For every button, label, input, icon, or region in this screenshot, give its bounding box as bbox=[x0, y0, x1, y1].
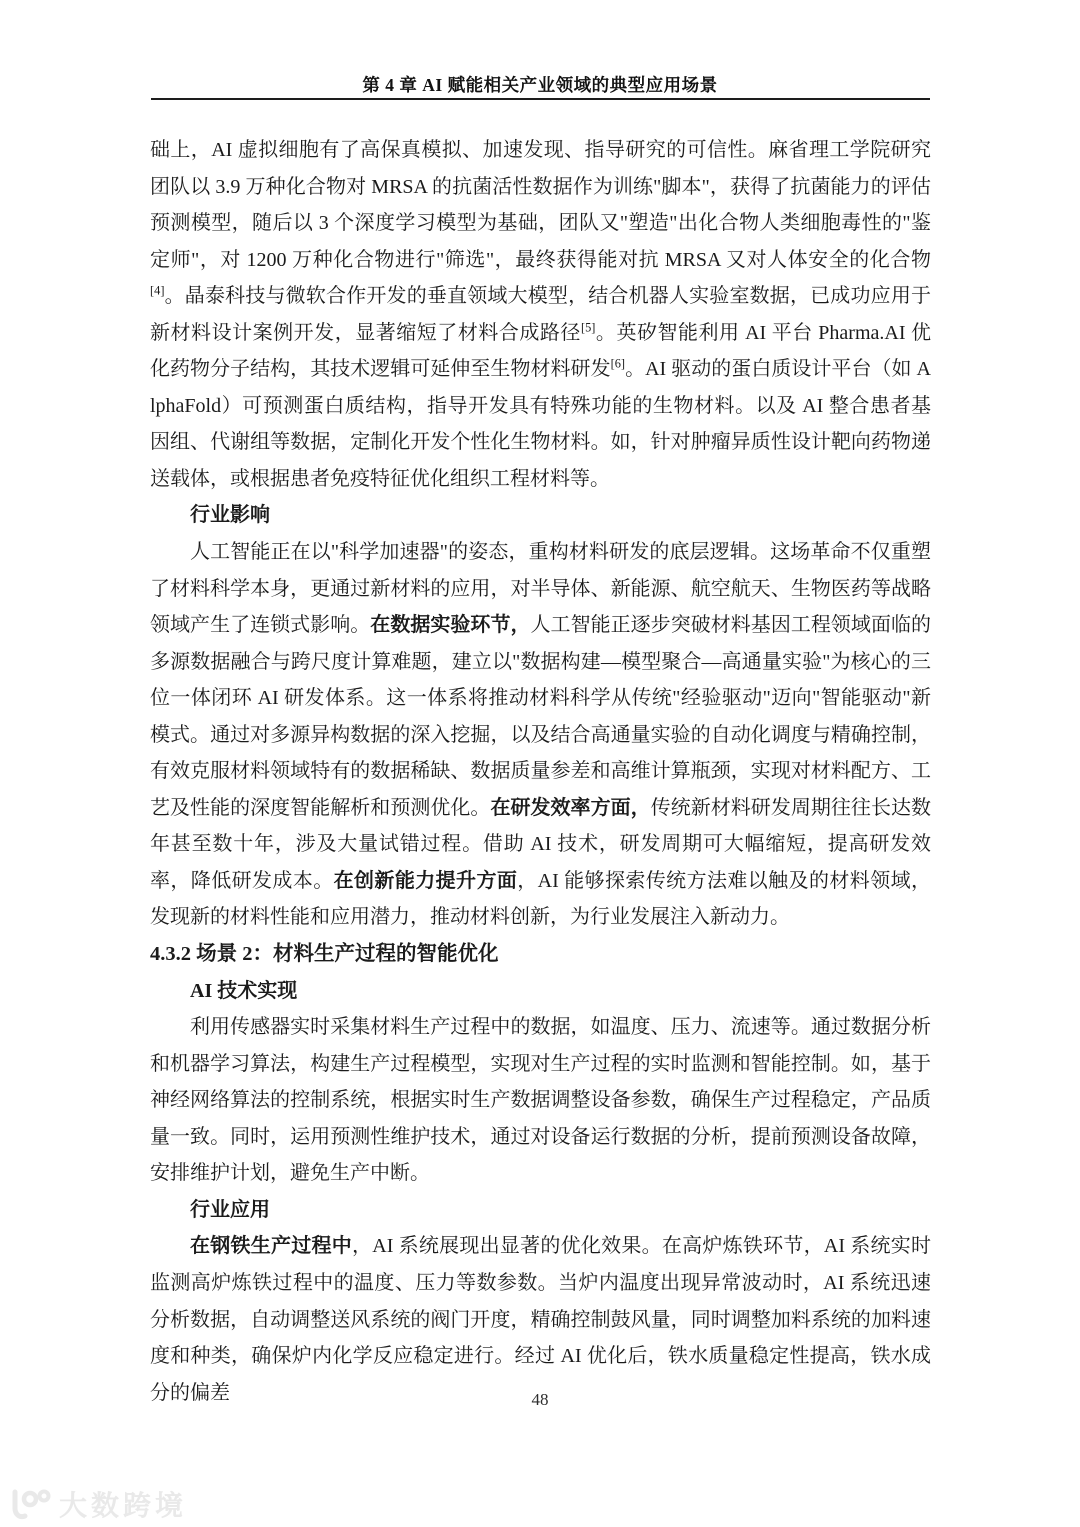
section-heading: 4.3.2 场景 2：材料生产过程的智能优化 bbox=[150, 936, 931, 973]
header-divider bbox=[151, 98, 930, 100]
body-text: 人工智能正逐步突破材料基因工程领域面临的多源数据融合与跨尺度计算难题，建立以"数… bbox=[150, 614, 931, 819]
page-header-title: 第 4 章 AI 赋能相关产业领域的典型应用场景 bbox=[0, 72, 1080, 97]
paragraph: 利用传感器实时采集材料生产过程中的数据，如温度、压力、流速等。通过数据分析和机器… bbox=[150, 1009, 931, 1192]
brand-logo-icon bbox=[8, 1486, 52, 1522]
watermark-text: 大数跨境 bbox=[59, 1484, 187, 1524]
emphasis-text: 在数据实验环节， bbox=[370, 614, 530, 636]
document-page: 第 4 章 AI 赋能相关产业领域的典型应用场景 础上，AI 虚拟细胞有了高保真… bbox=[0, 0, 1080, 1527]
emphasis-text: 在创新能力提升方面 bbox=[334, 870, 518, 892]
sub-heading: 行业影响 bbox=[150, 497, 931, 534]
paragraph: 人工智能正在以"科学加速器"的姿态，重构材料研发的底层逻辑。这场革命不仅重塑了材… bbox=[150, 534, 931, 936]
emphasis-text: 在研发效率方面， bbox=[490, 797, 650, 819]
body-text: 利用传感器实时采集材料生产过程中的数据，如温度、压力、流速等。通过数据分析和机器… bbox=[150, 1016, 931, 1184]
paragraph: 础上，AI 虚拟细胞有了高保真模拟、加速发现、指导研究的可信性。麻省理工学院研究… bbox=[150, 132, 931, 497]
document-body: 础上，AI 虚拟细胞有了高保真模拟、加速发现、指导研究的可信性。麻省理工学院研究… bbox=[150, 132, 931, 1411]
body-text: ，AI 系统展现出显著的优化效果。在高炉炼铁环节，AI 系统实时监测高炉炼铁过程… bbox=[150, 1235, 931, 1403]
page-number: 48 bbox=[0, 1390, 1080, 1410]
footnote-reference: [5] bbox=[581, 320, 595, 334]
footnote-reference: [4] bbox=[150, 284, 164, 298]
footnote-reference: [6] bbox=[611, 357, 625, 371]
watermark: 大数跨境 bbox=[8, 1484, 187, 1524]
emphasis-text: 在钢铁生产过程中 bbox=[190, 1235, 352, 1257]
sub-heading: AI 技术实现 bbox=[150, 973, 931, 1010]
body-text: 础上，AI 虚拟细胞有了高保真模拟、加速发现、指导研究的可信性。麻省理工学院研究… bbox=[150, 139, 931, 271]
paragraph: 在钢铁生产过程中，AI 系统展现出显著的优化效果。在高炉炼铁环节，AI 系统实时… bbox=[150, 1228, 931, 1411]
sub-heading: 行业应用 bbox=[150, 1192, 931, 1229]
